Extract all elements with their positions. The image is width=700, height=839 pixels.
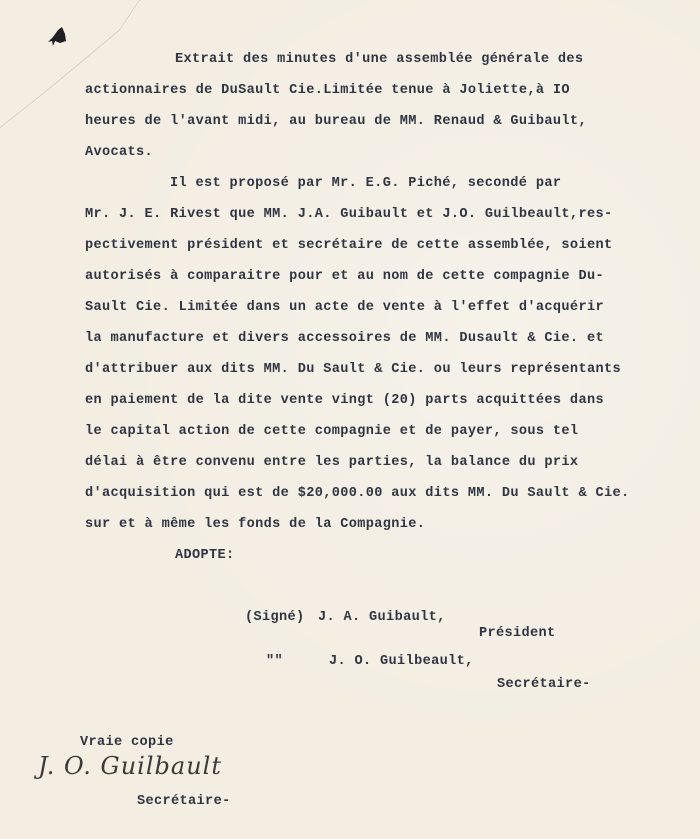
handwritten-signature: J. O. Guilbault: [38, 752, 222, 780]
body-line: le capital action de cette compagnie et …: [85, 424, 578, 440]
secretary-title: Secrétaire-: [497, 677, 591, 693]
body-line: Mr. J. E. Rivest que MM. J.A. Guibault e…: [85, 207, 612, 223]
body-line: actionnaires de DuSault Cie.Limitée tenu…: [85, 83, 570, 99]
president-title: Président: [479, 626, 556, 642]
body-line: en paiement de la dite vente vingt (20) …: [85, 393, 604, 409]
signed-prefix: (Signé): [245, 610, 305, 626]
body-line: heures de l'avant midi, au bureau de MM.…: [85, 114, 587, 130]
body-line: Extrait des minutes d'une assemblée géné…: [175, 52, 583, 68]
body-line: autorisés à comparaitre pour et au nom d…: [85, 269, 604, 285]
body-line: d'acquisition qui est de $20,000.00 aux …: [85, 486, 629, 502]
body-line: sur et à même les fonds de la Compagnie.: [85, 517, 425, 533]
true-copy-label: Vraie copie: [80, 735, 174, 751]
body-line: Sault Cie. Limitée dans un acte de vente…: [85, 300, 604, 316]
ditto-marks: "": [266, 654, 283, 670]
ink-blot: [44, 24, 70, 50]
certification-title: Secrétaire-: [137, 794, 231, 810]
president-name: J. A. Guibault,: [318, 610, 446, 626]
body-line: d'attribuer aux dits MM. Du Sault & Cie.…: [85, 362, 621, 378]
body-line: la manufacture et divers accessoires de …: [85, 331, 604, 347]
secretary-name: J. O. Guilbeault,: [329, 654, 474, 670]
adopted-label: ADOPTE:: [175, 548, 235, 564]
body-line: Avocats.: [85, 145, 153, 161]
body-line: pectivement président et secrétaire de c…: [85, 238, 612, 254]
body-line: délai à être convenu entre les parties, …: [85, 455, 578, 471]
body-line: Il est proposé par Mr. E.G. Piché, secon…: [170, 176, 561, 192]
